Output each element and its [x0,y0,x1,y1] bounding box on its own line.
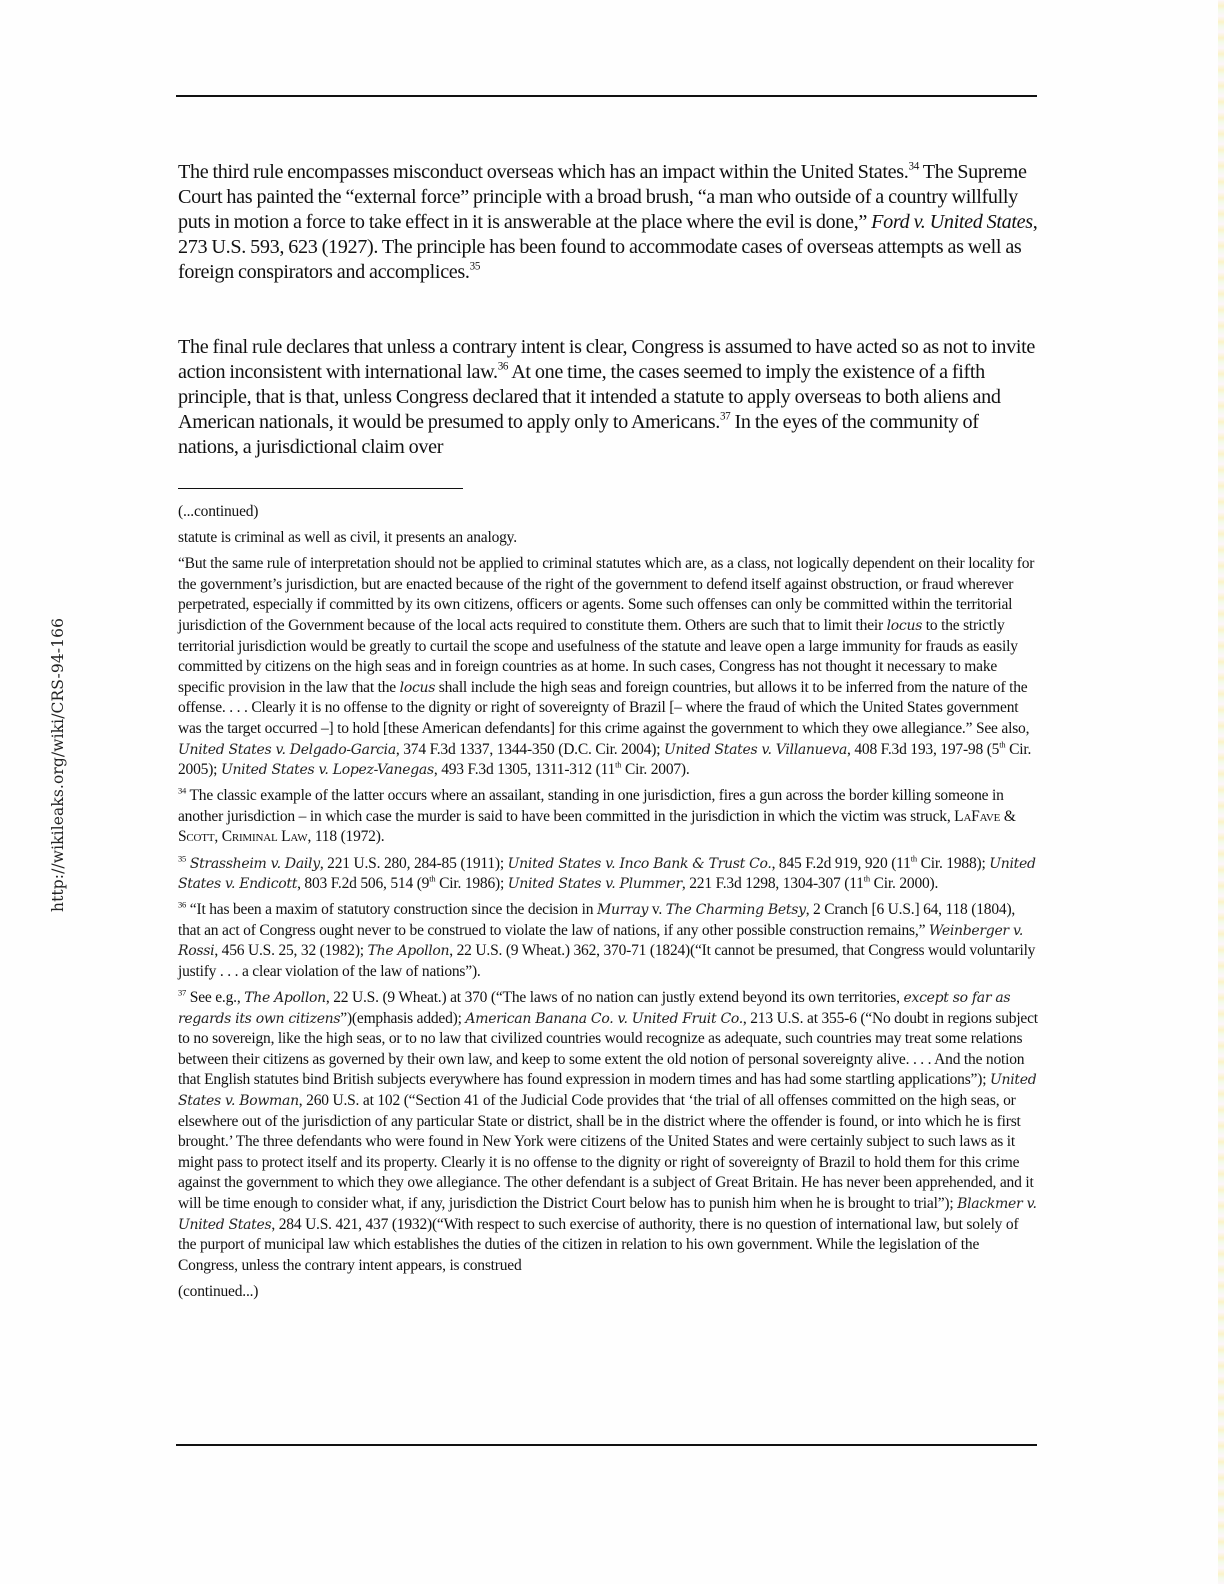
case-citation: The Charming Betsy [666,902,806,918]
footnote-continuation: statute is criminal as well as civil, it… [178,528,1040,549]
footnote-37: 37 See e.g., The Apollon, 22 U.S. (9 Whe… [178,988,1040,1276]
footnote-number: 34 [178,786,186,796]
case-citation: American Banana Co. v. United Fruit Co. [465,1011,743,1027]
page-edge-strip [1218,0,1224,1584]
footnote-number: 36 [178,900,186,910]
case-citation: United States v. Delgado-Garcia [178,742,396,758]
source-watermark: http://wikileaks.org/wiki/CRS-94-166 [49,618,67,912]
footnote-ref-34[interactable]: 34 [908,161,918,173]
footnotes-section: (...continued) statute is criminal as we… [178,502,1040,1308]
case-citation: United States v. Villanueva [664,742,847,758]
footnote-34: 34 The classic example of the latter occ… [178,786,1040,848]
case-citation: Strassheim v. Daily [190,856,320,872]
case-citation: Ford v. United States [871,211,1033,233]
footnote-ref-37[interactable]: 37 [720,411,730,423]
case-citation: The Apollon [368,943,450,959]
case-citation: United States v. Lopez-Vanegas [221,762,434,778]
continued-end-label: (continued...) [178,1282,1040,1303]
case-citation: United States v. Plummer [508,876,682,892]
footnote-ref-35[interactable]: 35 [470,261,480,273]
footnote-35: 35 Strassheim v. Daily, 221 U.S. 280, 28… [178,854,1040,895]
footnote-number: 35 [178,853,186,863]
body-paragraph-1: The third rule encompasses misconduct ov… [178,160,1038,285]
case-citation: The Apollon [244,990,326,1006]
footnote-separator [178,488,463,489]
continued-label: (...continued) [178,502,1040,523]
footnote-36: 36 “It has been a maxim of statutory con… [178,900,1040,982]
body-paragraph-2: The final rule declares that unless a co… [178,335,1038,460]
case-citation: United States v. Inco Bank & Trust Co. [508,856,772,872]
footnote-number: 37 [178,988,186,998]
header-rule [176,95,1037,97]
footnote-ref-36[interactable]: 36 [498,361,508,373]
footer-rule [176,1444,1037,1446]
footnote-quote: “But the same rule of interpretation sho… [178,554,1040,781]
